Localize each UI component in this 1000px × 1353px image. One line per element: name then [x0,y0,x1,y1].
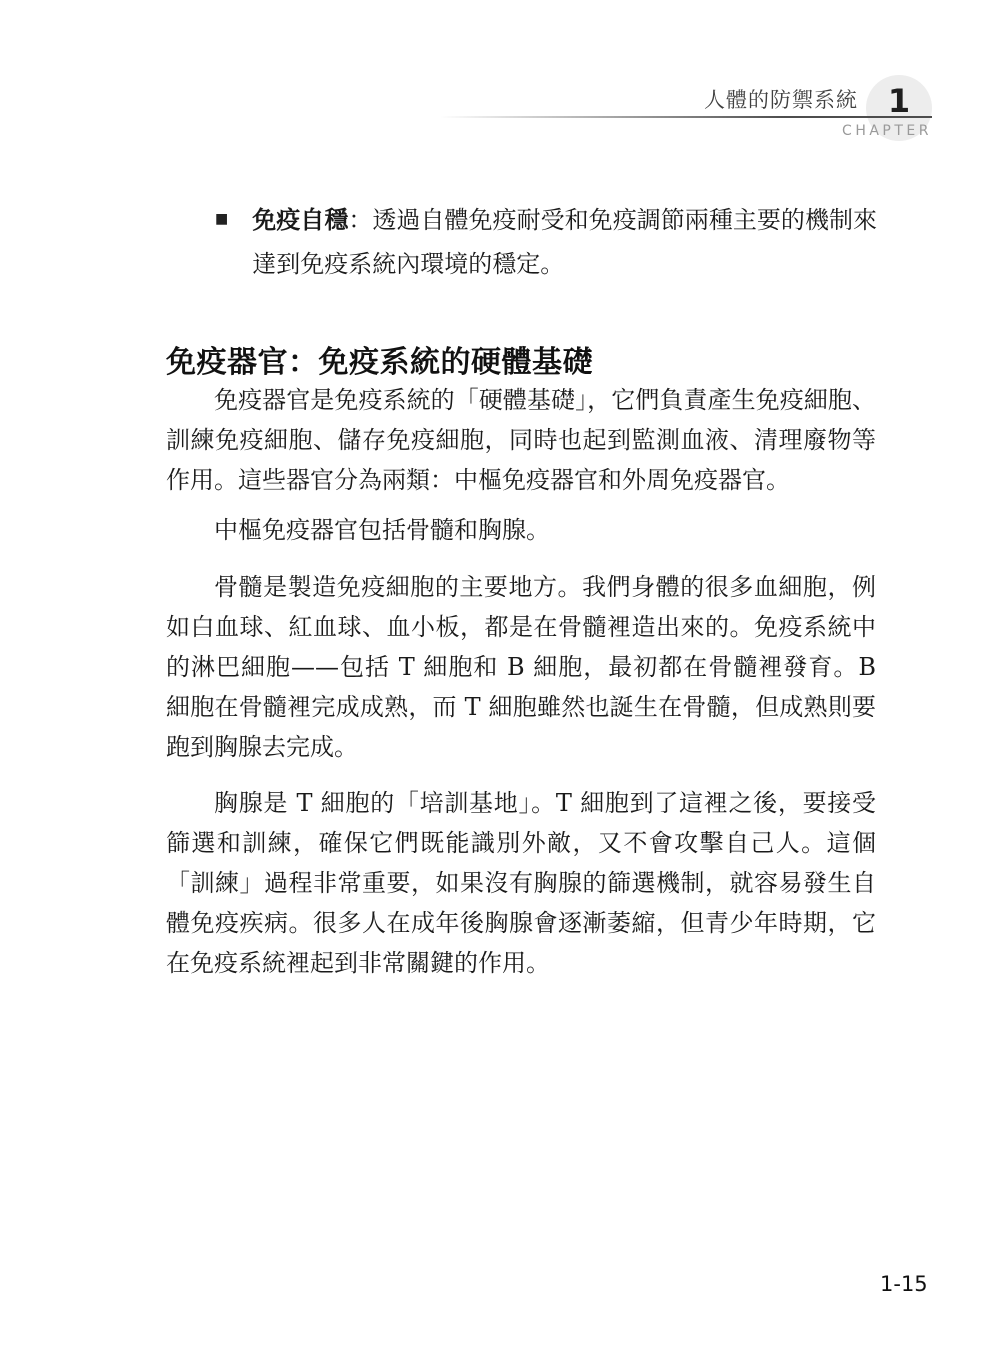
paragraph: 中樞免疫器官包括骨髓和胸腺。 [166,510,876,550]
square-bullet-icon: ■ [215,198,228,240]
section-heading: 免疫器官：免疫系統的硬體基礎 [166,337,593,381]
page-number: 1-15 [880,1272,928,1296]
header-divider [440,116,932,118]
book-page: 1 人體的防禦系統 CHAPTER ■ 免疫自穩：透過自體免疫耐受和免疫調節兩種… [0,0,1000,1353]
running-head-title: 人體的防禦系統 [704,84,858,114]
chapter-label: CHAPTER [842,123,932,139]
list-item-term: 免疫自穩 [252,205,348,234]
paragraph: 免疫器官是免疫系統的「硬體基礎」，它們負責產生免疫細胞、訓練免疫細胞、儲存免疫細… [166,380,876,500]
list-item: ■ 免疫自穩：透過自體免疫耐受和免疫調節兩種主要的機制來達到免疫系統內環境的穩定… [215,198,877,286]
paragraph: 骨髓是製造免疫細胞的主要地方。我們身體的很多血細胞，例如白血球、紅血球、血小板，… [166,567,876,767]
chapter-number: 1 [888,82,910,120]
list-item-text: 免疫自穩：透過自體免疫耐受和免疫調節兩種主要的機制來達到免疫系統內環境的穩定。 [252,198,877,286]
paragraph: 胸腺是 T 細胞的「培訓基地」。T 細胞到了這裡之後，要接受篩選和訓練，確保它們… [166,783,876,983]
